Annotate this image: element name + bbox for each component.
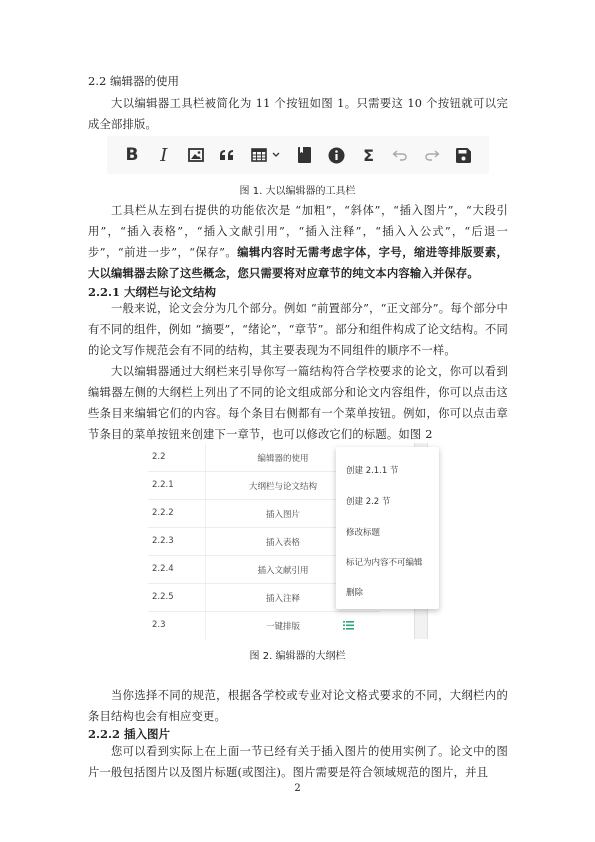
- page-number: 2: [0, 783, 595, 794]
- block-quote-button[interactable]: [216, 144, 238, 166]
- outline-row-title: 一键排版: [208, 620, 358, 632]
- redo-button[interactable]: [421, 144, 443, 166]
- info-icon: [328, 147, 345, 164]
- subsection-heading-2-2-2: 2.2.2 插入图片: [88, 726, 170, 742]
- undo-icon: [392, 149, 408, 161]
- outline-row-number: 2.2.1: [152, 480, 174, 490]
- toolbar-description: 工具栏从左到右提供的功能依次是 “加粗”，“斜体”，“插入图片”，“大段引用”，…: [88, 200, 508, 284]
- paragraph-after-outline: 当你选择不同的规范，根据各学校或专业对论文格式要求的不同，大纲栏内的条目结构也会…: [88, 685, 508, 727]
- menu-item-delete[interactable]: 删除: [346, 586, 363, 598]
- sigma-icon: Σ: [363, 146, 374, 165]
- section-intro: 大以编辑器工具栏被简化为 11 个按钮如图 1。只需要这 10 个按钮就可以完成…: [88, 93, 508, 135]
- insert-citation-button[interactable]: [294, 144, 316, 166]
- list-menu-icon[interactable]: [343, 621, 354, 630]
- insert-image-button[interactable]: [185, 144, 207, 166]
- menu-item-create-2-1-1[interactable]: 创建 2.1.1 节: [346, 464, 399, 476]
- outline-row-number: 2.2.5: [152, 592, 174, 602]
- outline-row-number: 2.2.4: [152, 564, 174, 574]
- book-icon: [298, 147, 311, 163]
- table-icon: [251, 148, 267, 162]
- outline-row-number: 2.3: [152, 620, 166, 630]
- paragraph-insert-image: 您可以看到实际上在上面一节已经有关于插入图片的使用实例了。论文中的图片一般包括图…: [88, 741, 508, 783]
- insert-formula-button[interactable]: Σ: [358, 144, 380, 166]
- document-page: 2.2 编辑器的使用 大以编辑器工具栏被简化为 11 个按钮如图 1。只需要这 …: [0, 0, 595, 842]
- image-icon: [188, 148, 204, 162]
- italic-button[interactable]: I: [153, 144, 175, 166]
- outline-row-number: 2.2.2: [152, 508, 174, 518]
- figure-2-caption: 图 2. 编辑器的大纲栏: [0, 647, 595, 662]
- bold-icon: B: [126, 145, 139, 165]
- editor-toolbar: B I Σ: [107, 136, 489, 174]
- save-icon: [456, 148, 471, 163]
- figure-1-caption: 图 1. 大以编辑器的工具栏: [0, 182, 595, 197]
- quote-icon: [219, 149, 235, 161]
- menu-item-rename[interactable]: 修改标题: [346, 526, 380, 538]
- outline-row-number: 2.2: [152, 452, 166, 462]
- outline-row[interactable]: 2.3 一键排版: [148, 611, 380, 639]
- bold-button[interactable]: B: [121, 144, 143, 166]
- outline-row-number: 2.2.3: [152, 536, 174, 546]
- redo-icon: [424, 149, 440, 161]
- undo-button[interactable]: [389, 144, 411, 166]
- menu-item-create-2-2[interactable]: 创建 2.2 节: [346, 495, 390, 507]
- italic-icon: I: [160, 145, 167, 166]
- save-button[interactable]: [453, 144, 475, 166]
- outline-context-menu: 创建 2.1.1 节 创建 2.2 节 修改标题 标记为内容不可编辑 删除: [336, 447, 439, 609]
- section-heading: 2.2 编辑器的使用: [88, 73, 179, 89]
- chevron-down-icon: [271, 151, 281, 159]
- paragraph-structure: 一般来说，论文会分为几个部分。例如 “前置部分”，“正文部分”。每个部分中有不同…: [88, 298, 508, 361]
- menu-item-mark-readonly[interactable]: 标记为内容不可编辑: [346, 556, 423, 568]
- paragraph-outline: 大以编辑器通过大纲栏来引导你写一篇结构符合学校要求的论文，你可以看到编辑器左侧的…: [88, 361, 508, 445]
- insert-table-button[interactable]: [248, 144, 284, 166]
- insert-note-button[interactable]: [326, 144, 348, 166]
